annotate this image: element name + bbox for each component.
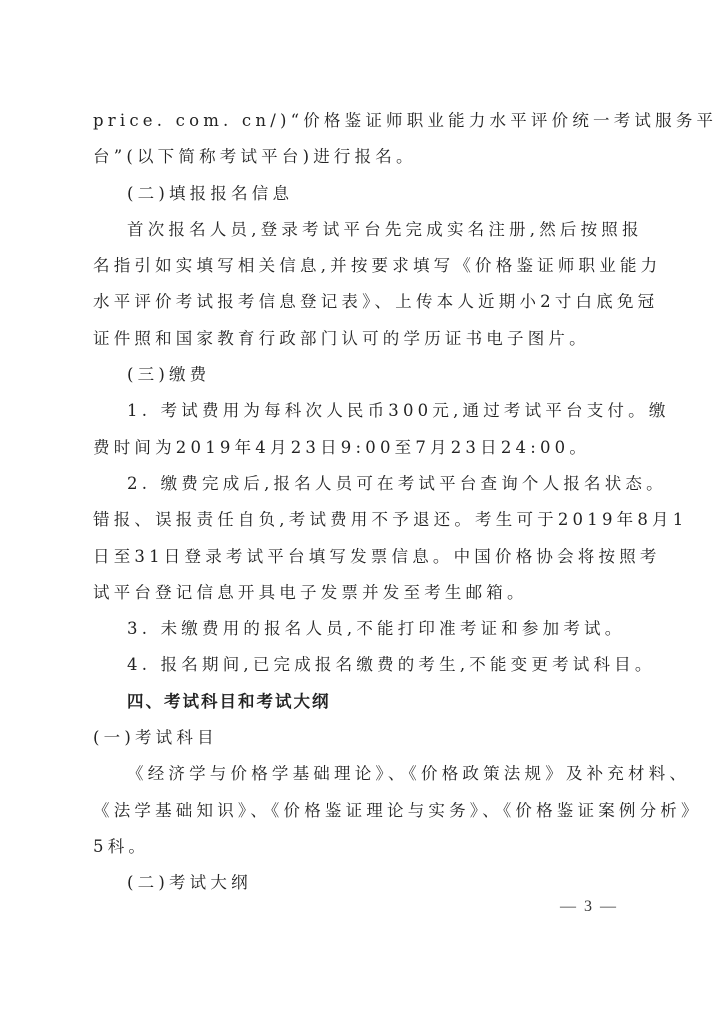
paragraph-line: 1. 考试费用为每科次人民币300元,通过考试平台支付。缴: [93, 393, 629, 429]
section-heading: 四、考试科目和考试大纲: [93, 684, 629, 720]
paragraph-line: 4. 报名期间,已完成报名缴费的考生,不能变更考试科目。: [93, 647, 629, 683]
paragraph-line: 5科。: [93, 829, 629, 865]
document-page: price. com. cn/)“价格鉴证师职业能力水平评价统一考试服务平 台”…: [93, 103, 629, 902]
paragraph-line: 名指引如实填写相关信息,并按要求填写《价格鉴证师职业能力: [93, 248, 629, 284]
paragraph-line: 2. 缴费完成后,报名人员可在考试平台查询个人报名状态。: [93, 466, 629, 502]
paragraph-line: 首次报名人员,登录考试平台先完成实名注册,然后按照报: [93, 212, 629, 248]
paragraph-line: 水平评价考试报考信息登记表》、上传本人近期小2寸白底免冠: [93, 284, 629, 320]
section-subheading: (二)填报报名信息: [93, 176, 629, 212]
paragraph-line: 台”(以下简称考试平台)进行报名。: [93, 139, 629, 175]
paragraph-line: 证件照和国家教育行政部门认可的学历证书电子图片。: [93, 321, 629, 357]
paragraph-line: 错报、误报责任自负,考试费用不予退还。考生可于2019年8月1: [93, 502, 629, 538]
paragraph-line: 日至31日登录考试平台填写发票信息。中国价格协会将按照考: [93, 539, 629, 575]
section-subheading: (三)缴费: [93, 357, 629, 393]
section-subheading: (一)考试科目: [93, 720, 629, 756]
paragraph-line: 《经济学与价格学基础理论》、《价格政策法规》及补充材料、: [93, 756, 629, 792]
paragraph-line: price. com. cn/)“价格鉴证师职业能力水平评价统一考试服务平: [93, 103, 629, 139]
paragraph-line: 试平台登记信息开具电子发票并发至考生邮箱。: [93, 575, 629, 611]
page-number: — 3 —: [560, 898, 618, 916]
paragraph-line: 费时间为2019年4月23日9:00至7月23日24:00。: [93, 430, 629, 466]
paragraph-line: 《法学基础知识》、《价格鉴证理论与实务》、《价格鉴证案例分析》: [93, 793, 629, 829]
section-subheading: (二)考试大纲: [93, 865, 629, 901]
paragraph-line: 3. 未缴费用的报名人员,不能打印准考证和参加考试。: [93, 611, 629, 647]
